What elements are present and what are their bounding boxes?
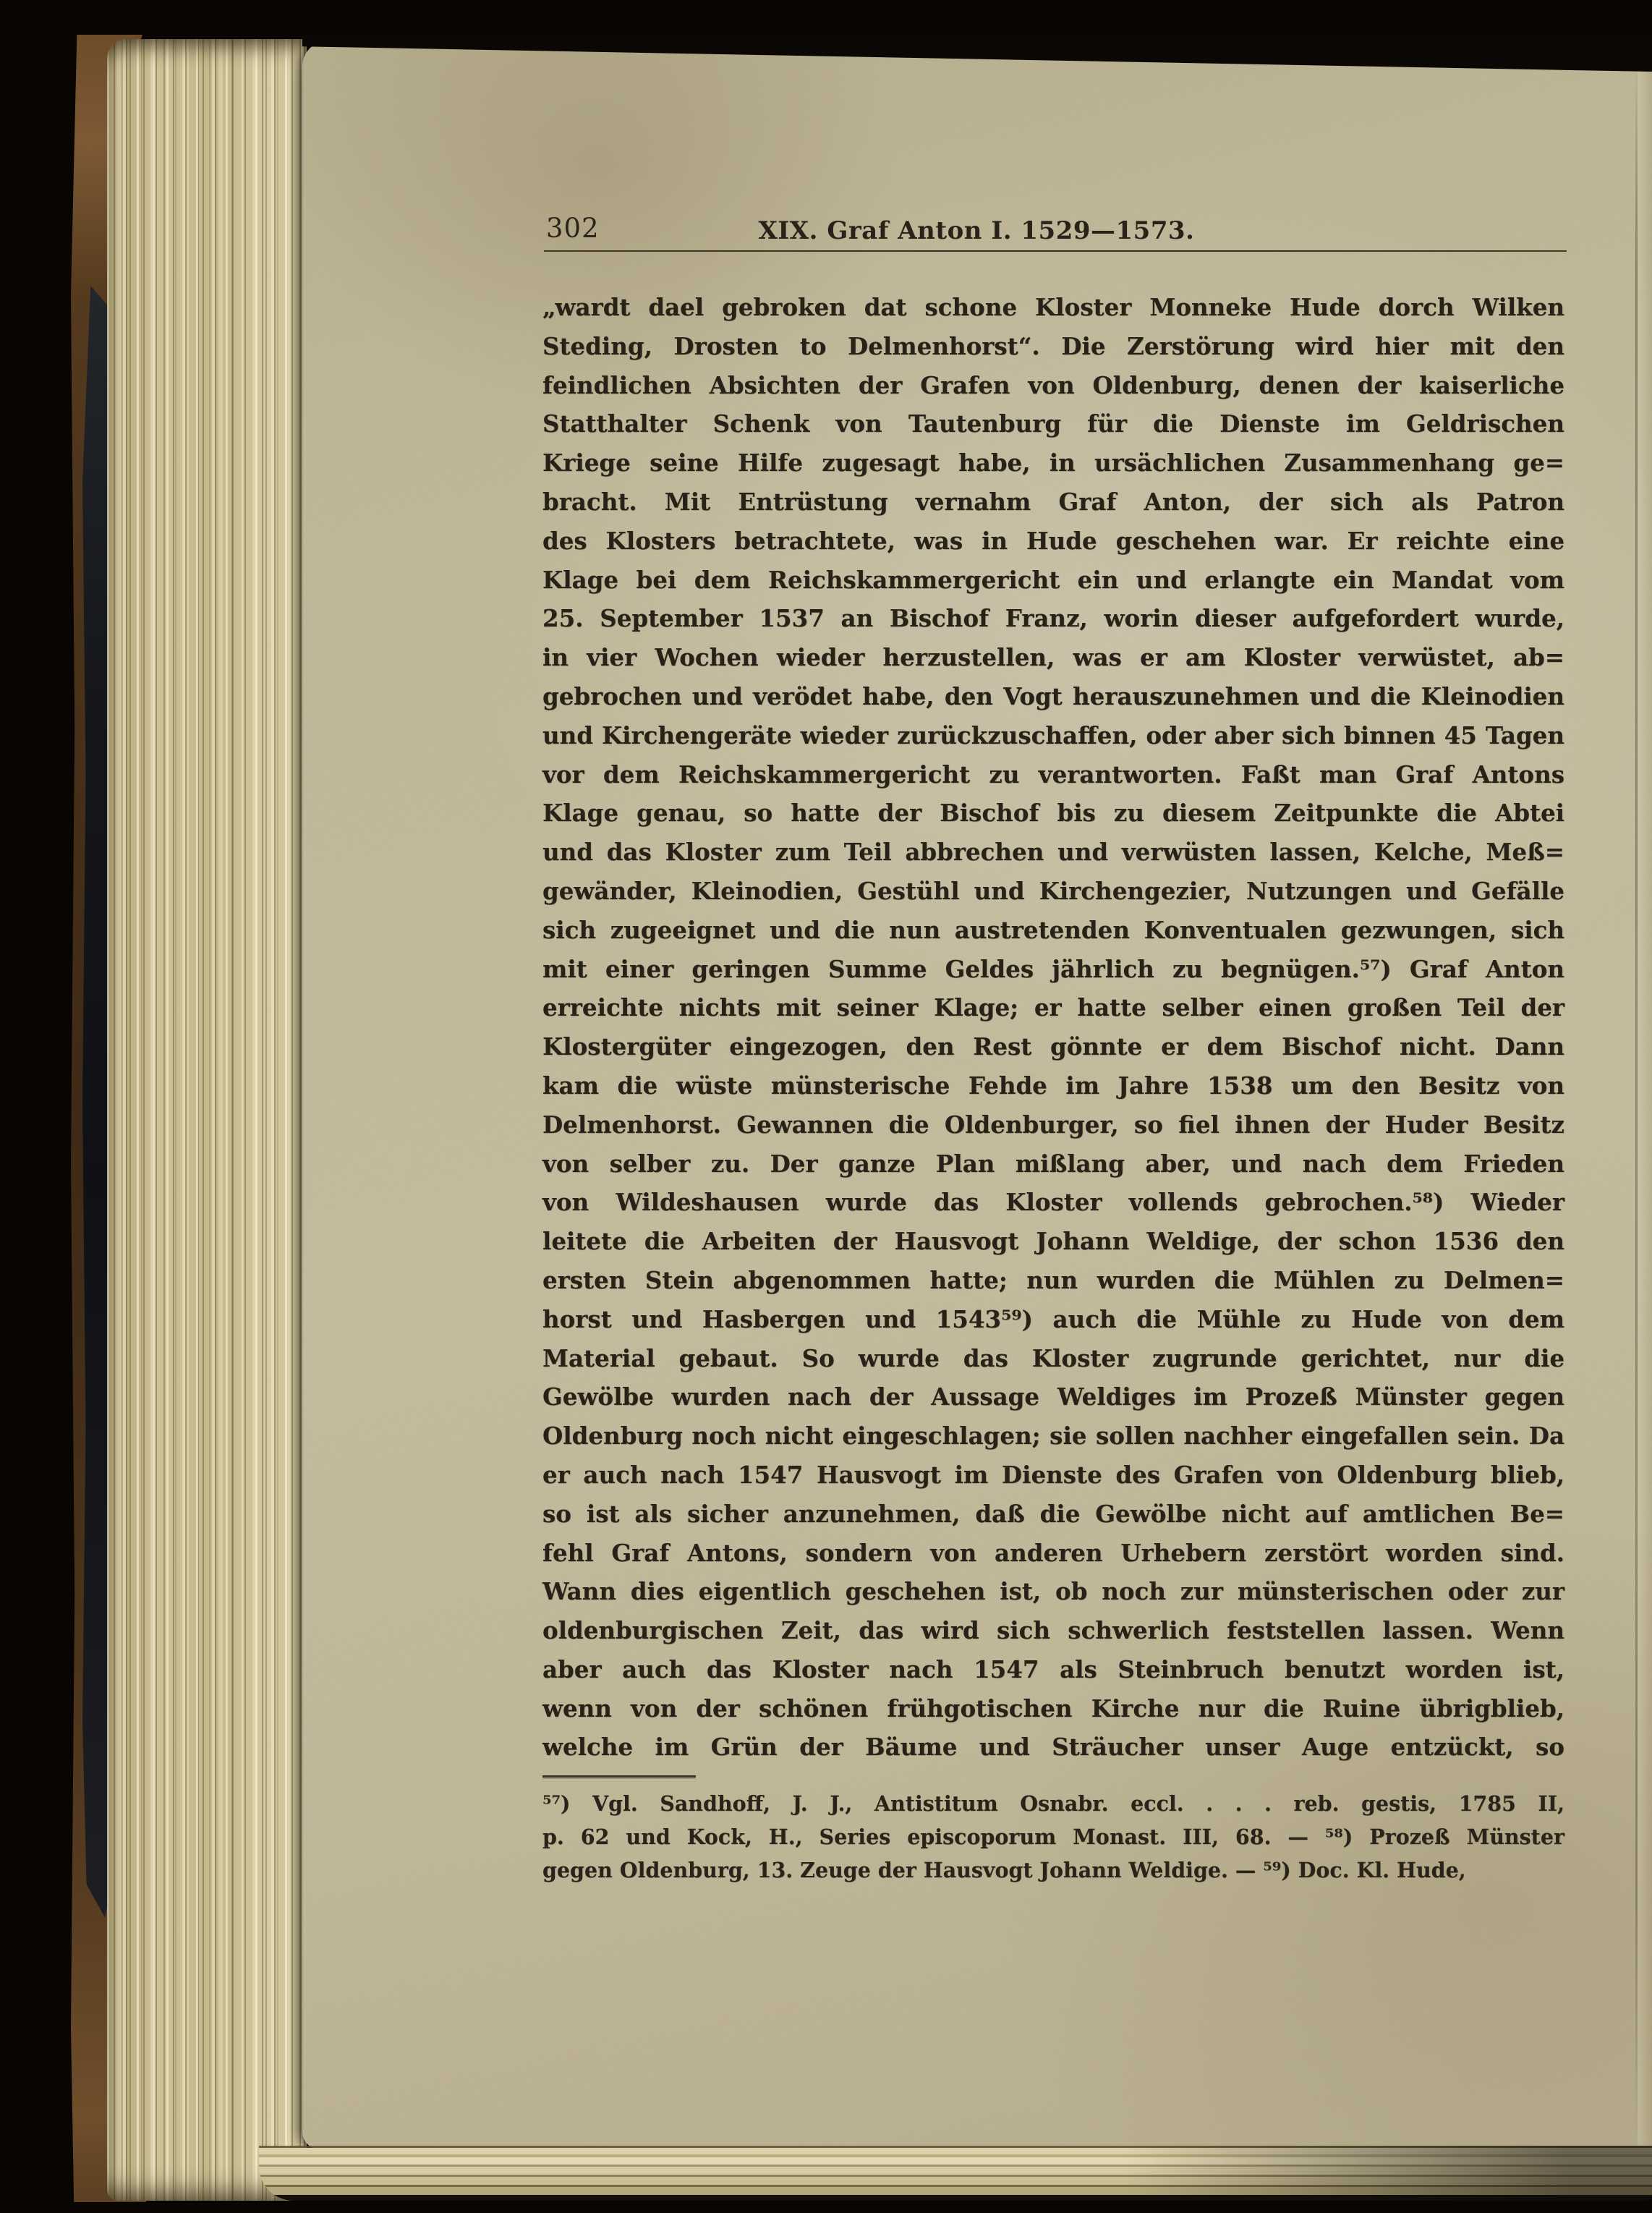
footnote-rule [542,1775,696,1777]
text-line: erreichte nichts mit seiner Klage; er ha… [542,988,1564,1027]
text-line: Delmenhorst. Gewannen die Oldenburger, s… [542,1105,1564,1144]
text-line: so ist als sicher anzunehmen, daß die Ge… [542,1495,1564,1534]
footnotes: ⁵⁷) Vgl. Sandhoff, J. J., Antistitum Osn… [542,1787,1564,1887]
text-line: Klage bei dem Reichskammergericht ein un… [542,561,1564,600]
chapter-header: XIX. Graf Anton I. 1529—1573. [636,216,1316,245]
text-line: ersten Stein abgenommen hatte; nun wurde… [542,1261,1564,1300]
text-line: mit einer geringen Summe Geldes jährlich… [542,950,1564,989]
text-line: und das Kloster zum Teil abbrechen und v… [542,833,1564,872]
text-line: kam die wüste münsterische Fehde im Jahr… [542,1066,1564,1105]
text-line: Klage genau, so hatte der Bischof bis zu… [542,794,1564,833]
body-text: „wardt dael gebroken dat schone Kloster … [542,288,1564,1767]
text-line: von Wildeshausen wurde das Kloster volle… [542,1183,1564,1222]
stacked-page-edges-bottom [259,2146,1652,2201]
text-line: Material gebaut. So wurde das Kloster zu… [542,1339,1564,1378]
text-line: von selber zu. Der ganze Plan mißlang ab… [542,1144,1564,1184]
text-line: Klostergüter eingezogen, den Rest gönnte… [542,1027,1564,1066]
text-line: gebrochen und verödet habe, den Vogt her… [542,677,1564,716]
header-rule [544,250,1567,252]
text-line: wenn von der schönen frühgotischen Kirch… [542,1689,1564,1728]
text-line: des Klosters betrachtete, was in Hude ge… [542,522,1564,561]
text-line: Oldenburg noch nicht eingeschlagen; sie … [542,1416,1564,1456]
page-fold-line [1635,61,1638,2144]
text-line: bracht. Mit Entrüstung vernahm Graf Anto… [542,483,1564,522]
page-number: 302 [546,213,600,244]
text-line: leitete die Arbeiten der Hausvogt Johann… [542,1222,1564,1261]
text-line: Steding, Drosten to Delmenhorst“. Die Ze… [542,327,1564,366]
text-line: sich zugeeignet und die nun austretenden… [542,911,1564,950]
footnote-line: gegen Oldenburg, 13. Zeuge der Hausvogt … [542,1853,1564,1887]
stacked-page-edges-left [107,39,307,2201]
text-line: oldenburgischen Zeit, das wird sich schw… [542,1611,1564,1650]
text-line: horst und Hasbergen und 1543⁵⁹) auch die… [542,1300,1564,1339]
text-line: und Kirchengeräte wieder zurückzuschaffe… [542,716,1564,755]
book-page: 302 XIX. Graf Anton I. 1529—1573. „wardt… [302,41,1652,2150]
text-line: vor dem Reichskammergericht zu verantwor… [542,755,1564,794]
text-line: Wann dies eigentlich geschehen ist, ob n… [542,1572,1564,1611]
book-photo-scene: 302 XIX. Graf Anton I. 1529—1573. „wardt… [0,0,1652,2213]
text-line: er auch nach 1547 Hausvogt im Dienste de… [542,1456,1564,1495]
text-line: 25. September 1537 an Bischof Franz, wor… [542,599,1564,638]
text-line: fehl Graf Antons, sondern von anderen Ur… [542,1534,1564,1573]
footnote-line: ⁵⁷) Vgl. Sandhoff, J. J., Antistitum Osn… [542,1787,1564,1820]
footnote-line: p. 62 und Kock, H., Series episcoporum M… [542,1820,1564,1853]
text-line: gewänder, Kleinodien, Gestühl und Kirche… [542,872,1564,911]
text-line: Kriege seine Hilfe zugesagt habe, in urs… [542,443,1564,483]
text-line: Statthalter Schenk von Tautenburg für di… [542,404,1564,443]
underlying-page-sliver [1638,55,1652,2150]
text-line: welche im Grün der Bäume und Sträucher u… [542,1728,1564,1767]
text-line: in vier Wochen wieder herzustellen, was … [542,638,1564,677]
text-line: aber auch das Kloster nach 1547 als Stei… [542,1650,1564,1689]
text-line: „wardt dael gebroken dat schone Kloster … [542,288,1564,327]
text-line: Gewölbe wurden nach der Aussage Weldiges… [542,1377,1564,1416]
text-line: feindlichen Absichten der Grafen von Old… [542,366,1564,405]
